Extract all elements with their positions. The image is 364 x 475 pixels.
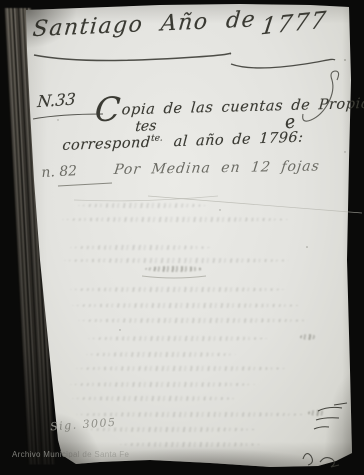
bleedthrough-mark (300, 334, 316, 340)
entry-year-line-word: correspond (62, 135, 151, 154)
bleedthrough-line (78, 203, 206, 208)
entry-title-initial: C (93, 89, 122, 129)
bleedthrough-line (76, 366, 286, 371)
index-number: n. 82 (41, 163, 78, 181)
bleedthrough-line (70, 245, 210, 250)
bleedthrough-line (72, 303, 300, 308)
entry-year-line-abbr: te. (151, 134, 164, 144)
entry-title-line: Copia de las cuentas de Propios (94, 77, 364, 124)
bleedthrough-line (120, 442, 260, 447)
bleedthrough-number (308, 410, 326, 416)
bleedthrough-word (145, 266, 203, 272)
bleedthrough-line (78, 318, 308, 323)
entry-number: N.33 (37, 89, 77, 111)
bleedthrough-line (72, 396, 237, 401)
entry-title-rest: opia de las cuentas de Propios (121, 96, 364, 119)
bleedthrough-line (64, 258, 289, 263)
manuscript-scan: Santiago Año de 1777 N.33 Copia de las c… (0, 0, 364, 475)
bleedthrough-line (86, 352, 236, 357)
bleedthrough-line (70, 382, 255, 387)
manuscript-page (0, 0, 364, 475)
entry-continuation: tes (135, 118, 157, 135)
archive-watermark: Archivo Municipal de Santa Fe (12, 450, 129, 459)
bleedthrough-line (70, 287, 285, 292)
bleedthrough-line (62, 217, 288, 222)
bleedthrough-line (88, 336, 268, 341)
